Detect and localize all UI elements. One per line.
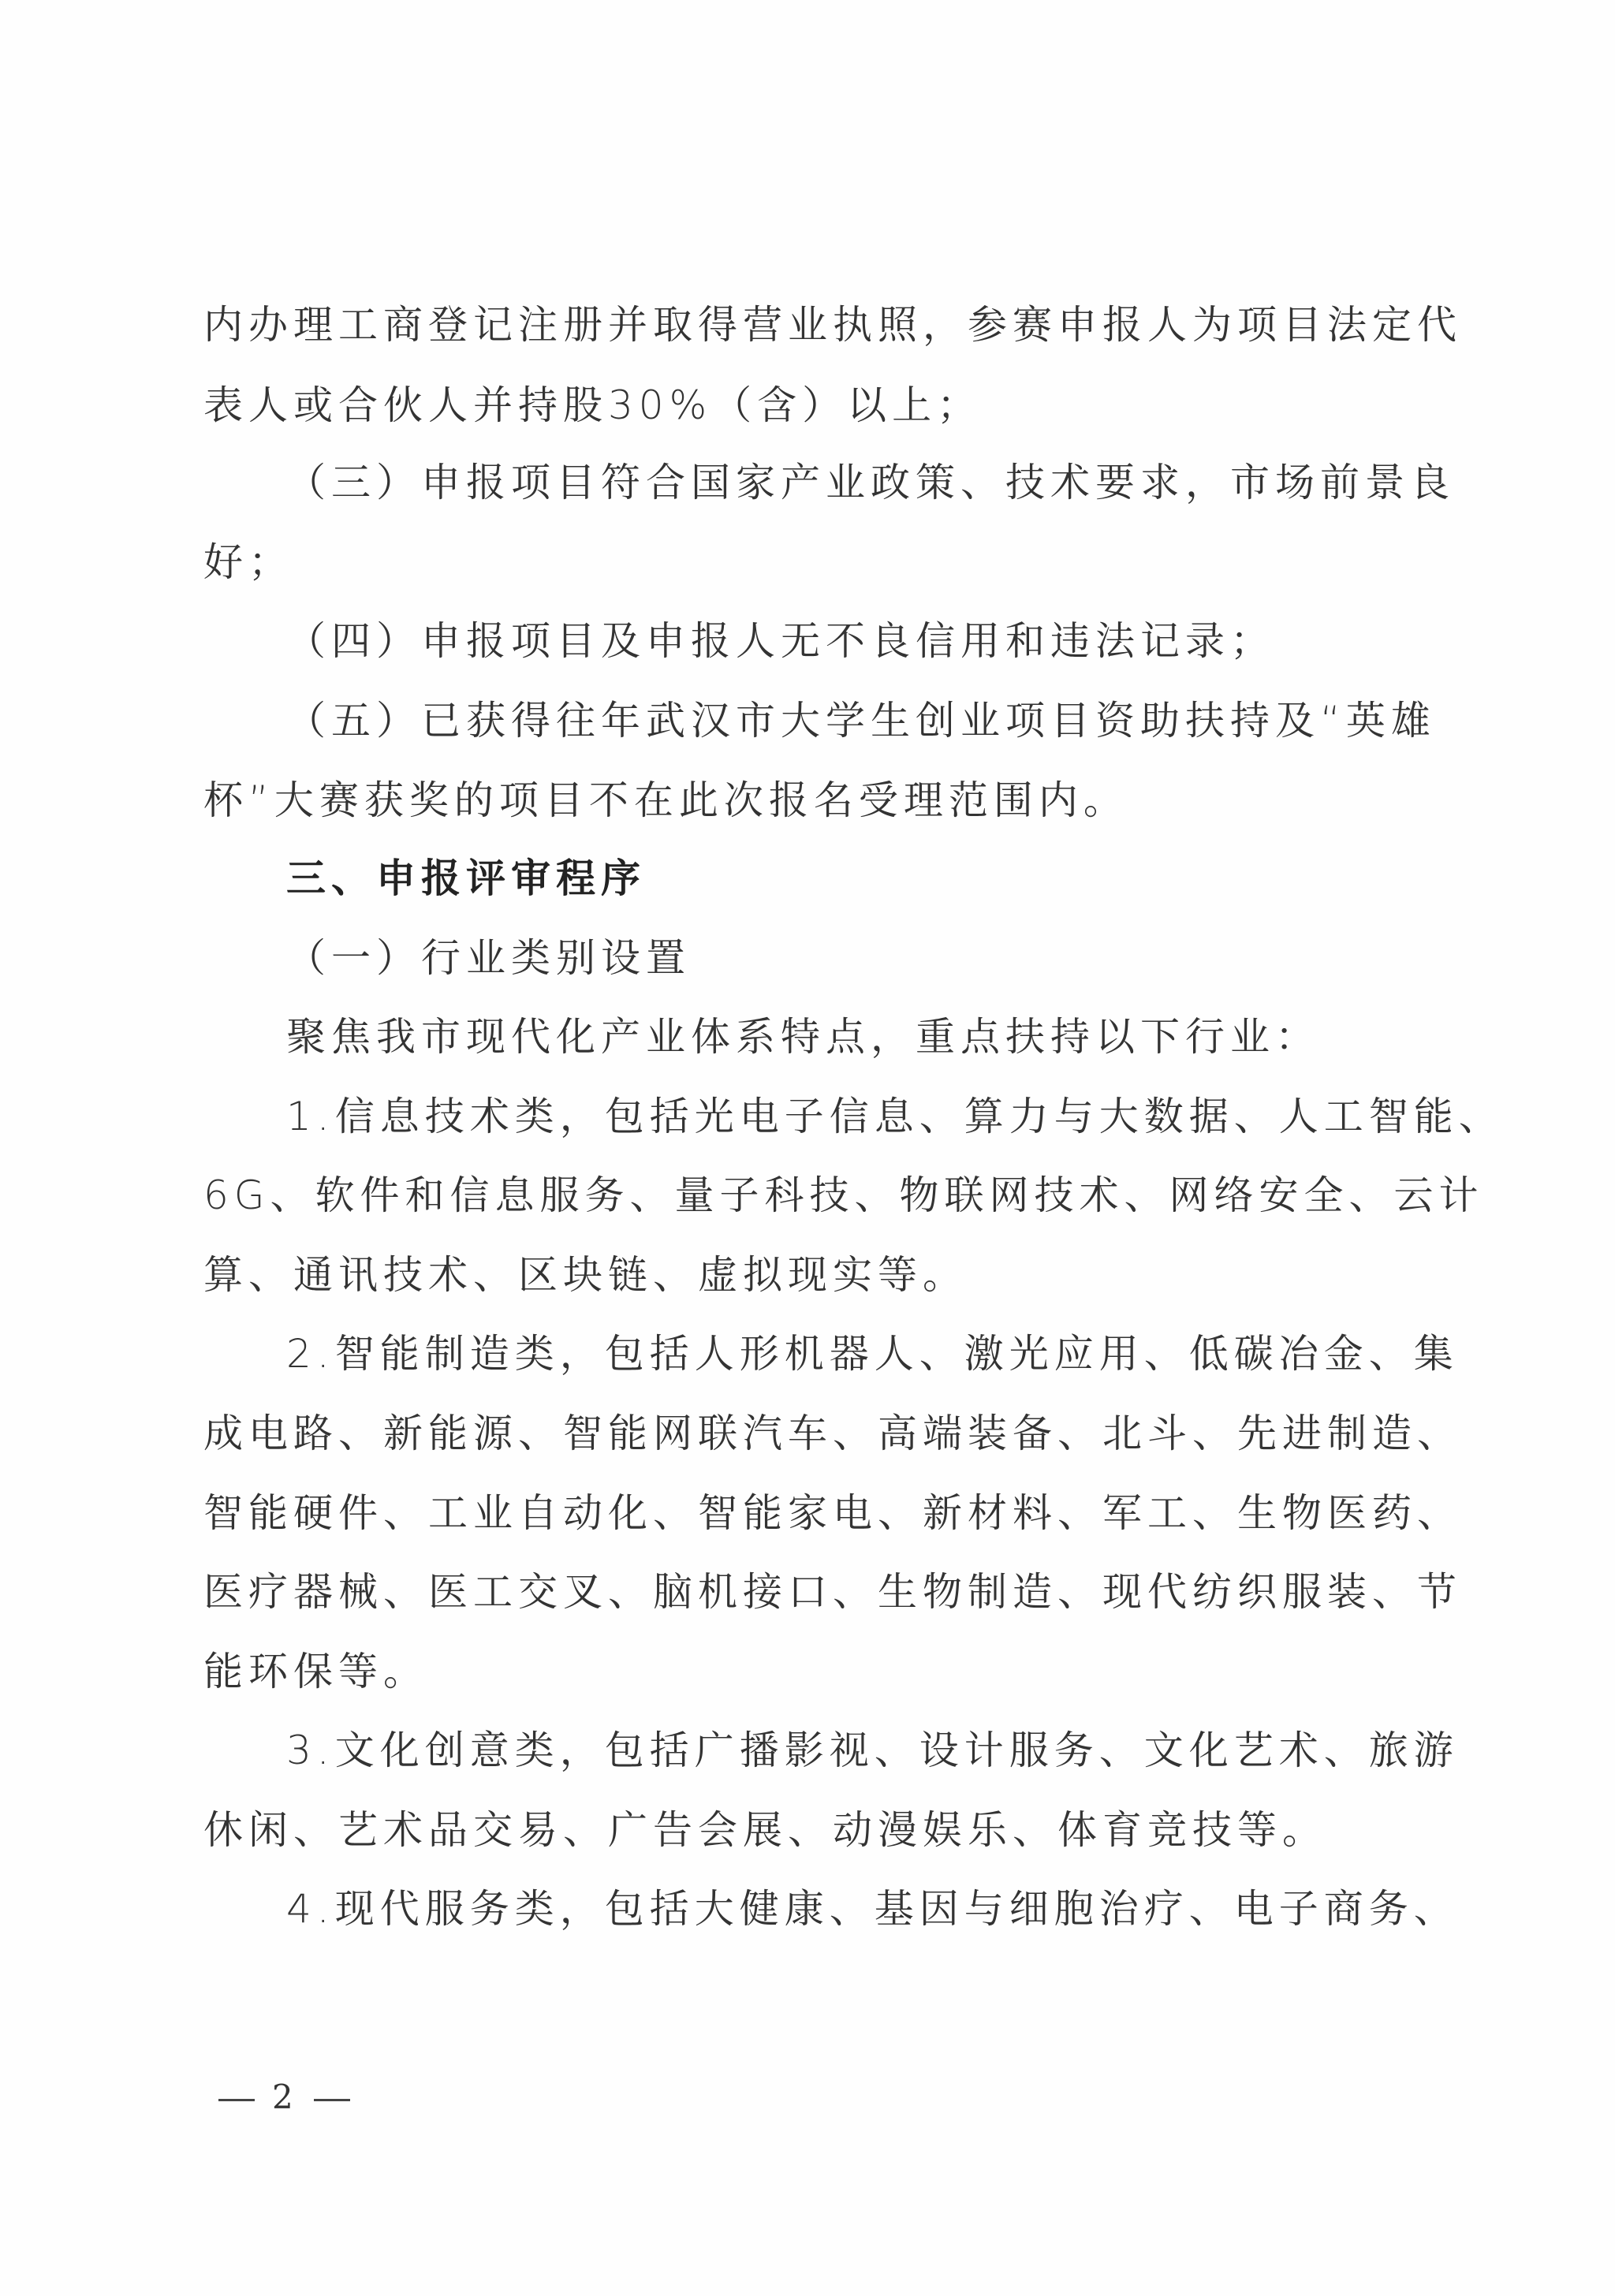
paragraph-line: 聚焦我市现代化产业体系特点，重点扶持以下行业： — [286, 1013, 1418, 1060]
category-item-2-line: 2.智能制造类，包括人形机器人、激光应用、低碳冶金、集 — [286, 1330, 1418, 1377]
list-item-5-line: （五）已获得往年武汉市大学生创业项目资助扶持及“英雄 — [286, 697, 1418, 744]
page-number: 2 — [201, 2074, 367, 2121]
category-item-3-line: 休闲、艺术品交易、广告会展、动漫娱乐、体育竞技等。 — [203, 1806, 1418, 1854]
document-page: 内办理工商登记注册并取得营业执照，参赛申报人为项目法定代 表人或合伙人并持股30… — [0, 0, 1615, 2296]
category-item-1-line: 1.信息技术类，包括光电子信息、算力与大数据、人工智能、 — [286, 1093, 1418, 1140]
dash-left-icon — [218, 2099, 255, 2101]
category-item-2-line: 成电路、新能源、智能网联汽车、高端装备、北斗、先进制造、 — [203, 1410, 1418, 1457]
category-item-1-line: 算、通讯技术、区块链、虚拟现实等。 — [203, 1251, 1418, 1299]
category-item-2-line: 医疗器械、医工交叉、脑机接口、生物制造、现代纺织服装、节 — [203, 1568, 1418, 1616]
subsection-heading: （一）行业类别设置 — [286, 934, 1418, 982]
paragraph-line: 内办理工商登记注册并取得营业执照，参赛申报人为项目法定代 — [203, 301, 1418, 348]
dash-right-icon — [314, 2099, 350, 2101]
category-item-2-line: 智能硬件、工业自动化、智能家电、新材料、军工、生物医药、 — [203, 1489, 1418, 1537]
page-number-value: 2 — [272, 2078, 297, 2116]
paragraph-line: 表人或合伙人并持股30%（含）以上； — [203, 382, 1418, 429]
list-item-5-line: 杯”大赛获奖的项目不在此次报名受理范围内。 — [203, 777, 1418, 824]
list-item-4: （四）申报项目及申报人无不良信用和违法记录； — [286, 617, 1418, 665]
list-item-3-line: （三）申报项目符合国家产业政策、技术要求，市场前景良 — [286, 459, 1418, 506]
category-item-4-line: 4.现代服务类，包括大健康、基因与细胞治疗、电子商务、 — [286, 1885, 1418, 1933]
category-item-2-line: 能环保等。 — [203, 1648, 1418, 1695]
category-item-1-line: 6G、软件和信息服务、量子科技、物联网技术、网络安全、云计 — [203, 1172, 1418, 1219]
category-item-3-line: 3.文化创意类，包括广播影视、设计服务、文化艺术、旅游 — [286, 1727, 1418, 1774]
section-heading: 三、申报评审程序 — [286, 855, 1418, 902]
list-item-3-line: 好； — [203, 539, 1418, 586]
